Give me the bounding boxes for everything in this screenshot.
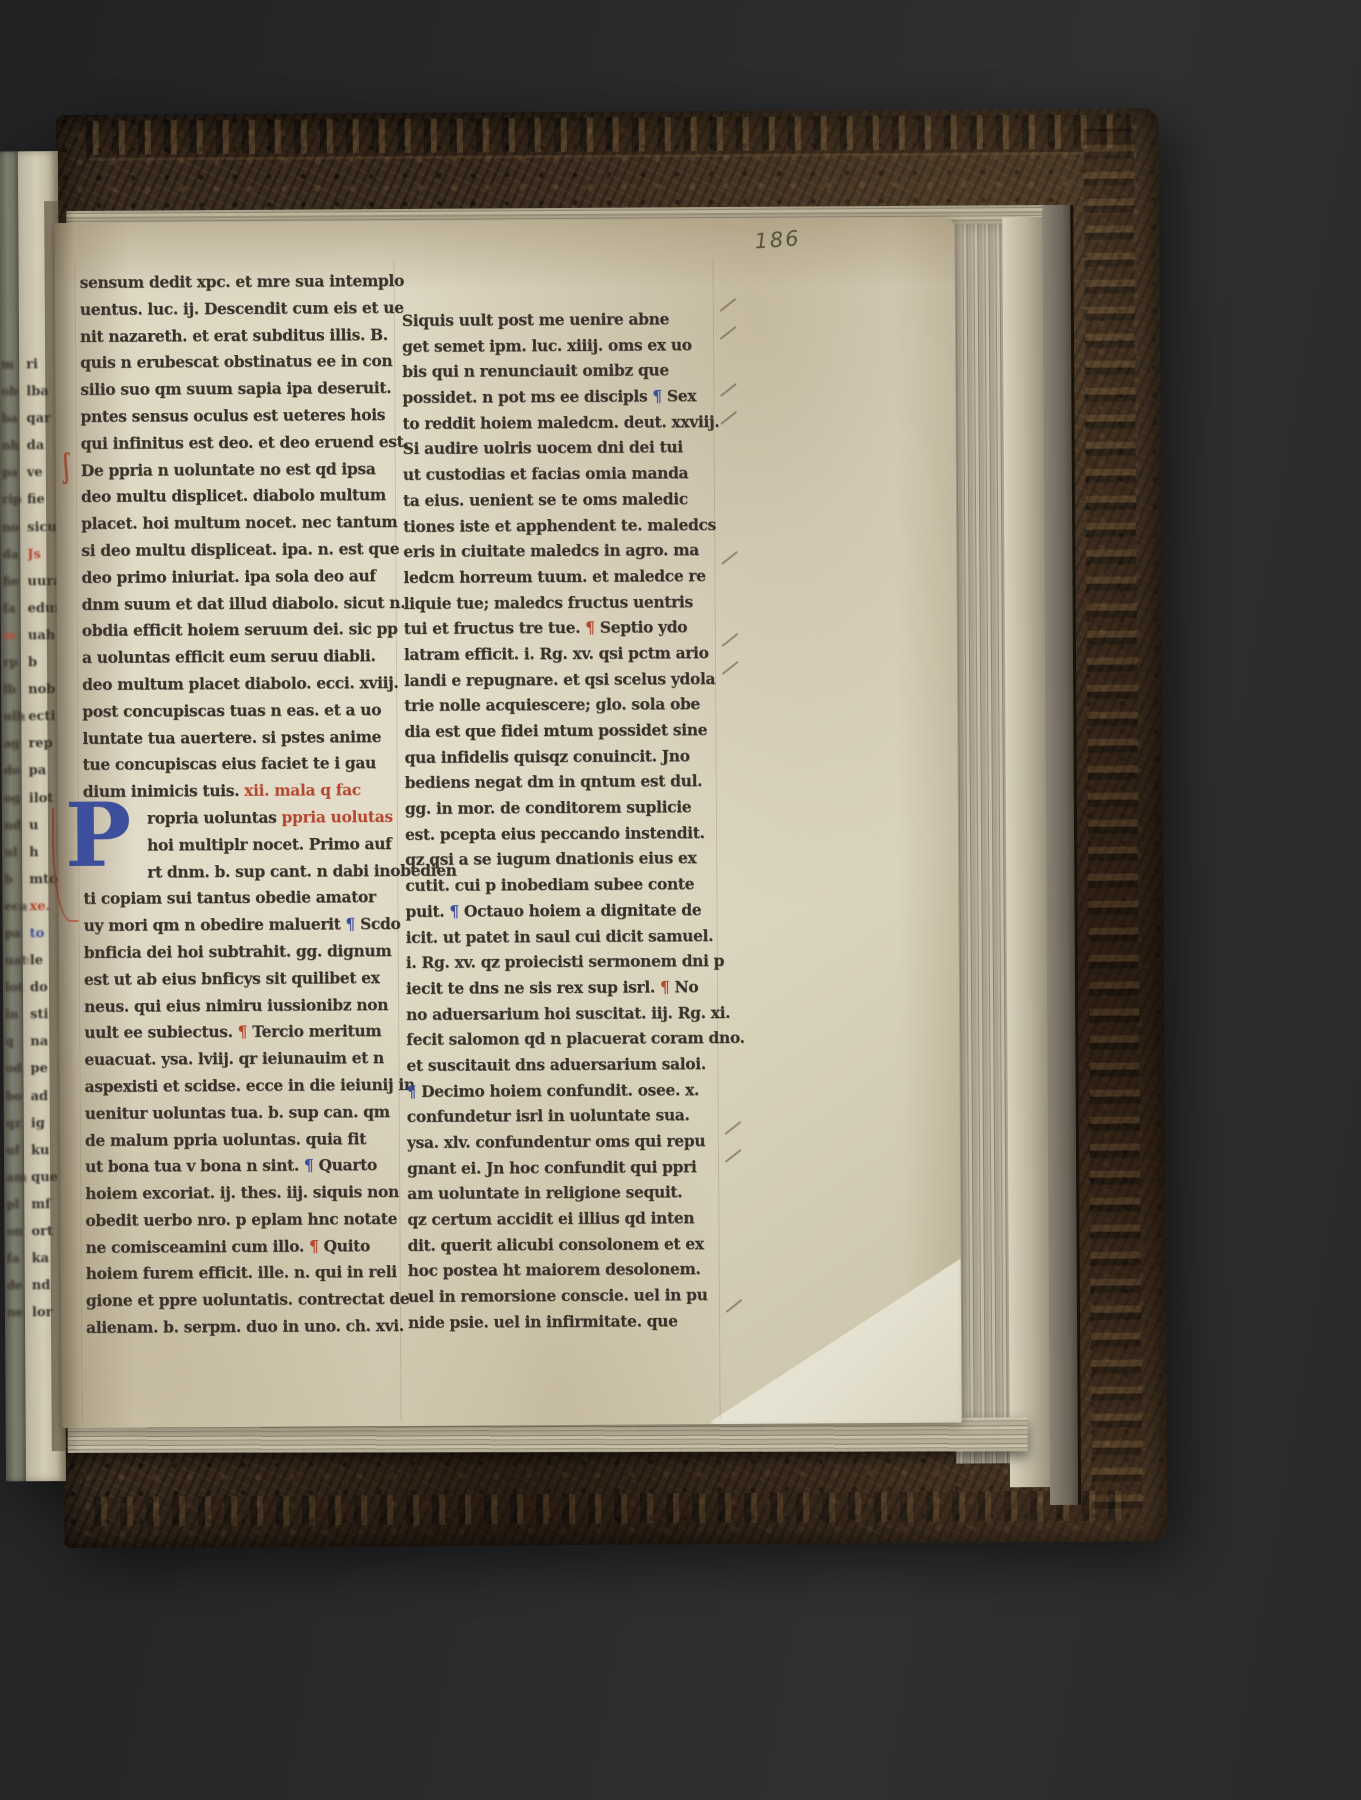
text-segment: hoiem excoriat. ij. thes. iij. siquis no… <box>85 1182 399 1203</box>
manuscript-line: tue concupiscas eius faciet te i gau <box>83 750 405 779</box>
manuscript-line: nide psie. uel in infirmitate. que <box>408 1308 720 1336</box>
manuscript-line: nit nazareth. et erat subditus illis. B. <box>80 322 402 351</box>
manuscript-line: confundetur isrl in uoluntate sua. <box>407 1102 719 1130</box>
leaf-edge-fragment: pe <box>30 1055 62 1082</box>
leaf-edge-fragment: uatu <box>5 947 29 974</box>
leaf-edge-fragment: uura <box>27 568 59 595</box>
manuscript-line: landi e repugnare. et qsi scelus ydola <box>404 666 716 694</box>
manuscript-line: uentus. luc. ij. Descendit cum eis et ue <box>80 295 402 324</box>
text-segment: sensum dedit xpc. et mre sua intemplo <box>80 271 404 292</box>
text-segment: tiones iste et apphendent te. maledcs <box>403 515 716 536</box>
manuscript-line: puit. ¶ Octauo hoiem a dignitate de <box>405 897 717 925</box>
manuscript-line: a uoluntas efficit eum seruu diabli. <box>82 643 404 672</box>
rubric-text: ¶ <box>238 1022 248 1041</box>
text-segment: qz qsi a se iugum dnationis eius ex <box>405 849 696 870</box>
paraph-mark: ¶ <box>652 386 662 405</box>
red-flourish: ʃ <box>64 439 69 495</box>
text-segment: luntate tua auertere. si pstes anime <box>82 727 381 748</box>
manuscript-line: placet. hoi multum nocet. nec tantum <box>81 509 403 538</box>
manuscript-line: hoi multiplr nocet. Primo auf <box>83 831 405 860</box>
text-segment: Quarto <box>313 1155 377 1174</box>
text-segment: aspexisti et scidse. ecce in die ieiunij… <box>85 1075 415 1096</box>
leaf-edge-fragment: sicut <box>27 514 59 541</box>
text-segment: Scdo <box>355 914 401 933</box>
leaf-edge-fragment: uf <box>6 1137 30 1164</box>
text-segment: obdia efficit hoiem seruum dei. sic pp <box>82 619 398 640</box>
text-segment: hoc postea ht maiorem desolonem. <box>408 1260 701 1281</box>
leaf-edge-fragment: da <box>2 541 26 568</box>
text-segment: quis n erubescat obstinatus ee in con <box>80 351 392 372</box>
leaf-edge-fragment: og <box>4 785 28 812</box>
text-segment: ropria uoluntas <box>147 808 282 828</box>
manuscript-line: et suscitauit dns aduersarium saloi. <box>406 1051 718 1079</box>
text-segment: gg. in mor. de conditorem suplicie <box>405 797 692 818</box>
text-segment: landi e repugnare. et qsi scelus ydola <box>404 669 715 690</box>
manuscript-line: ne comisceamini cum illo. ¶ Quito <box>85 1233 407 1262</box>
text-segment: uel in remorsione conscie. uel in pu <box>408 1285 708 1306</box>
manuscript-line: am uoluntate in religione sequit. <box>407 1179 719 1207</box>
manuscript-line: eris in ciuitate maledcs in agro. ma <box>403 537 715 565</box>
leaf-edge-fragment: pa <box>2 460 26 487</box>
manuscript-line: uel in remorsione conscie. uel in pu <box>408 1282 720 1310</box>
text-segment: hoi multiplr nocet. Primo auf <box>147 834 391 854</box>
text-segment: uenitur uoluntas tua. b. sup can. qm <box>85 1102 390 1123</box>
text-segment: deo primo iniuriat. ipa sola deo auf <box>81 566 375 587</box>
manuscript-line: possidet. n pot ms ee discipls ¶ Sex <box>402 383 714 411</box>
manuscript-line: qui infinitus est deo. et deo eruend est… <box>81 429 403 458</box>
line-filler-slash <box>720 383 737 397</box>
text-segment: possidet. n pot ms ee discipls <box>402 386 652 407</box>
text-segment: am uoluntate in religione sequit. <box>407 1183 682 1204</box>
manuscript-line: qz certum accidit ei illius qd inten <box>407 1205 719 1233</box>
embossed-border-top <box>86 115 1131 155</box>
text-segment: uentus. luc. ij. Descendit cum eis et ue <box>80 298 404 319</box>
leaf-edge-fragment: b <box>28 649 60 676</box>
folio-number: 186 <box>754 224 836 254</box>
text-segment: gnant ei. Jn hoc confundit qui ppri <box>407 1157 696 1178</box>
text-segment: liquie tue; maledcs fructus uentris <box>404 592 693 613</box>
manuscript-line: Si audire uolris uocem dni dei tui <box>403 434 715 462</box>
text-segment: Octauo hoiem a dignitate de <box>459 900 702 920</box>
leaf-edge-fragment: bo <box>6 1083 30 1110</box>
manuscript-line: ut bona tua v bona n sint. ¶ Quarto <box>85 1152 407 1181</box>
manuscript-line: de malum ppria uoluntas. quia fit <box>85 1125 407 1154</box>
leaf-edge-fragment: mf <box>31 1191 63 1218</box>
manuscript-line: liquie tue; maledcs fructus uentris <box>404 589 716 617</box>
text-segment: deo multum placet diabolo. ecci. xviij. <box>82 673 398 694</box>
text-segment: i. Rg. xv. qz proiecisti sermonem dni p <box>406 951 724 972</box>
text-segment: dia est que fidei mtum possidet sine <box>404 720 707 741</box>
leaf-edge-fragment: de <box>7 1272 31 1299</box>
rubric-text: ¶ <box>309 1236 319 1255</box>
leaf-edge-fragment: do <box>30 974 62 1001</box>
manuscript-line: bediens negat dm in qntum est dul. <box>405 768 717 796</box>
text-segment: placet. hoi multum nocet. nec tantum <box>81 512 397 533</box>
leaf-edge-fragment: lb <box>3 676 27 703</box>
manuscript-line: hoc postea ht maiorem desolonem. <box>408 1256 720 1284</box>
manuscript-line: ysa. xlv. confundentur oms qui repu <box>407 1128 719 1156</box>
line-filler-slash <box>721 551 738 565</box>
manuscript-line: uult ee subiectus. ¶ Tercio meritum <box>84 1018 406 1047</box>
manuscript-line: cutit. cui p inobediam subee conte <box>405 871 717 899</box>
leaf-edge-fragment: nh <box>2 433 26 460</box>
text-segment: De ppria n uoluntate no est qd ipsa <box>81 459 376 480</box>
text-segment: qz certum accidit ei illius qd inten <box>407 1208 694 1229</box>
leaf-edge-fragment: fa <box>3 595 27 622</box>
manuscript-line: ti copiam sui tantus obedie amator <box>83 884 405 913</box>
leaf-edge-fragment: ve <box>27 459 59 486</box>
manuscript-line: ledcm horreum tuum. et maledce re <box>403 563 715 591</box>
manuscript-line: quis n erubescat obstinatus ee in con <box>80 348 402 377</box>
leaf-edge-fragment: ecti <box>28 703 60 730</box>
text-segment: ne comisceamini cum illo. <box>86 1236 310 1256</box>
manuscript-line: i. Rg. xv. qz proiecisti sermonem dni p <box>406 948 718 976</box>
text-segment: bnficia dei hoi subtrahit. gg. dignum <box>84 941 392 962</box>
text-segment: bediens negat dm in qntum est dul. <box>405 772 703 793</box>
text-segment: neus. qui eius nimiru iussionibz non <box>84 995 388 1016</box>
manuscript-line: luntate tua auertere. si pstes anime <box>82 724 404 753</box>
manuscript-line: silio suo qm suum sapia ipa deseruit. <box>80 375 402 404</box>
text-segment: bis qui n renunciauit omibz que <box>402 361 669 382</box>
leaf-edge-fragment: ri <box>26 351 58 378</box>
leaf-edge-fragment: m <box>1 351 25 378</box>
leaf-edge-fragment: ort <box>31 1218 63 1245</box>
leaf-edge-fragment: ul <box>4 839 28 866</box>
manuscript-line: bnficia dei hoi subtrahit. gg. dignum <box>84 938 406 967</box>
text-segment: alienam. b. serpm. duo in uno. ch. xvi. <box>86 1316 404 1337</box>
leaf-edge-fragment: ku <box>31 1137 63 1164</box>
manuscript-book: mobbanhparipnodafiefaserplbulhagdoogndul… <box>0 104 1167 1548</box>
leaf-edge-fragment: qz <box>6 1110 30 1137</box>
leaf-edge-fragment: am <box>6 1164 30 1191</box>
manuscript-line: ta eius. uenient se te oms maledic <box>403 486 715 514</box>
manuscript-line: dium inimicis tuis. xii. mala q fac <box>83 777 405 806</box>
leaf-edge-fragment: na <box>30 1028 62 1055</box>
manuscript-line: uenitur uoluntas tua. b. sup can. qm <box>85 1099 407 1128</box>
manuscript-line: hoiem furem efficit. ille. n. qui in rel… <box>86 1259 408 1288</box>
text-segment: uult ee subiectus. <box>84 1022 238 1042</box>
manuscript-line: deo primo iniuriat. ipa sola deo auf <box>81 563 403 592</box>
leaf-edge-fragment: que <box>31 1164 63 1191</box>
manuscript-line: post concupiscas tuas n eas. et a uo <box>82 697 404 726</box>
rubric-text: xii. mala q fac <box>244 780 361 800</box>
text-segment: a uoluntas efficit eum seruu diabli. <box>82 646 376 667</box>
text-segment: latram efficit. i. Rg. xv. qsi pctm ario <box>404 643 709 664</box>
text-segment: trie nolle acquiescere; glo. sola obe <box>404 694 700 715</box>
leaf-edge-fragment: rep <box>28 730 60 757</box>
text-segment: icit. ut patet in saul cui dicit samuel. <box>406 926 714 947</box>
text-segment: deo multu displicet. diabolo multum <box>81 485 386 506</box>
text-column-right: Siquis uult post me uenire abneget semet… <box>402 306 720 1335</box>
text-segment: qui infinitus est deo. et deo eruend est… <box>81 432 409 453</box>
manuscript-line: trie nolle acquiescere; glo. sola obe <box>404 691 716 719</box>
text-segment: est ut ab eius bnficys sit quilibet ex <box>84 968 380 989</box>
manuscript-line: alienam. b. serpm. duo in uno. ch. xvi. <box>86 1313 408 1342</box>
manuscript-line: icit. ut patet in saul cui dicit samuel. <box>406 923 718 951</box>
leaf-edge-fragment: fie <box>2 568 26 595</box>
leaf-edge-fragment: fa <box>7 1245 31 1272</box>
manuscript-line: est. pcepta eius peccando instendit. <box>405 820 717 848</box>
leaf-edge-fragment: lor <box>32 1299 64 1326</box>
leaf-edge-fragment: ulh <box>3 703 27 730</box>
leaf-edge-fragment: ka <box>32 1245 64 1272</box>
leaf-edge-fragment: nd <box>4 812 28 839</box>
manuscript-line: deo multu displicet. diabolo multum <box>81 482 403 511</box>
text-segment: get semet ipm. luc. xiiij. oms ex uo <box>402 335 692 356</box>
manuscript-line: sensum dedit xpc. et mre sua intemplo <box>80 268 402 297</box>
leaf-edge-fragment: do <box>4 758 28 785</box>
leaf-edge-fragment: q <box>5 1029 29 1056</box>
leaf-edge-fragment: rp <box>3 649 27 676</box>
manuscript-line: to reddit hoiem maledcm. deut. xxviij. <box>402 409 714 437</box>
text-segment: to reddit hoiem maledcm. deut. xxviij. <box>402 412 719 433</box>
manuscript-line: obdia efficit hoiem seruum dei. sic pp <box>82 616 404 645</box>
manuscript-line: aspexisti et scidse. ecce in die ieiunij… <box>85 1072 407 1101</box>
leaf-edge-fragment: lot <box>5 974 29 1001</box>
manuscript-line: latram efficit. i. Rg. xv. qsi pctm ario <box>404 640 716 668</box>
manuscript-line: qua infidelis quisqz conuincit. Jno <box>404 743 716 771</box>
text-segment: gione et ppre uoluntatis. contrectat de <box>86 1289 410 1310</box>
leaf-edge-fragment: no <box>2 514 26 541</box>
text-segment: Quito <box>318 1236 370 1255</box>
line-filler-slash <box>722 633 739 647</box>
text-segment: euacuat. ysa. lviij. qr ieiunauim et n <box>84 1048 384 1069</box>
manuscript-line: iecit te dns ne sis rex sup isrl. ¶ No <box>406 974 718 1002</box>
text-segment: Siquis uult post me uenire abne <box>402 309 669 330</box>
leaf-edge-fragment: Js <box>27 541 59 568</box>
leaf-edge-fragment: qar <box>26 405 58 432</box>
text-segment: Decimo hoiem confundit. osee. x. <box>416 1080 699 1101</box>
manuscript-page: 186 sensum dedit xpc. et mre sua intempl… <box>54 218 961 1428</box>
line-filler-slash <box>719 298 736 312</box>
line-filler-slash <box>722 661 739 675</box>
manuscript-line: gg. in mor. de conditorem suplicie <box>405 794 717 822</box>
text-segment: dit. querit alicubi consolonem et ex <box>407 1234 703 1255</box>
manuscript-line: ut custodias et facias omia manda <box>403 460 715 488</box>
embossed-border-bottom <box>94 1491 1124 1527</box>
text-segment: hoiem furem efficit. ille. n. qui in rel… <box>86 1262 397 1283</box>
manuscript-line: hoiem excoriat. ij. thes. iij. siquis no… <box>85 1179 407 1208</box>
paraph-mark: ¶ <box>407 1082 417 1101</box>
text-segment: ta eius. uenient se te oms maledic <box>403 489 688 510</box>
leaf-edge-fragment: se <box>3 622 27 649</box>
text-segment: silio suo qm suum sapia ipa deseruit. <box>80 378 391 399</box>
line-filler-slash <box>720 326 737 340</box>
leaf-edge-fragment: ad <box>31 1083 63 1110</box>
manuscript-line: rt dnm. b. sup cant. n dabi inobedien <box>83 857 405 886</box>
leaf-edge-fragment: fie <box>27 487 59 514</box>
text-segment: tui et fructus tre tue. <box>404 618 586 638</box>
rubric-text: ppria uolutas <box>281 807 392 827</box>
text-segment: ysa. xlv. confundentur oms qui repu <box>407 1131 705 1152</box>
manuscript-line: no aduersarium hoi suscitat. iij. Rg. xi… <box>406 1000 718 1028</box>
text-segment: pntes sensus oculus est ueteres hois <box>80 405 385 426</box>
leaf-edge-fragment: ba <box>1 405 25 432</box>
leaf-edge-fragment: ne <box>7 1300 31 1327</box>
leaf-edge-fragment: pl <box>6 1191 30 1218</box>
manuscript-line: dit. querit alicubi consolonem et ex <box>407 1231 719 1259</box>
text-column-left: sensum dedit xpc. et mre sua intemplouen… <box>80 268 409 1342</box>
manuscript-line: euacuat. ysa. lviij. qr ieiunauim et n <box>84 1045 406 1074</box>
text-segment: obedit uerbo nro. p eplam hnc notate <box>85 1209 397 1230</box>
manuscript-line: pntes sensus oculus est ueteres hois <box>80 402 402 431</box>
text-segment: nide psie. uel in infirmitate. que <box>408 1311 678 1332</box>
line-filler-slash <box>725 1121 742 1135</box>
leaf-edge-fragment: uah <box>28 622 60 649</box>
embossed-border-right <box>1084 128 1142 1508</box>
leaf-edge-fragment: lba <box>26 378 58 405</box>
manuscript-line: uy mori qm n obedire maluerit ¶ Scdo <box>84 911 406 940</box>
line-filler-slash <box>726 1299 743 1313</box>
manuscript-line: neus. qui eius nimiru iussionibz non <box>84 991 406 1020</box>
text-segment: No <box>669 977 698 996</box>
leaf-edge-fragment: ag <box>3 731 27 758</box>
manuscript-line: gnant ei. Jn hoc confundit qui ppri <box>407 1154 719 1182</box>
text-segment: cutit. cui p inobediam subee conte <box>405 874 694 895</box>
text-segment: tue concupiscas eius faciet te i gau <box>83 753 376 774</box>
manuscript-line: Propria uoluntas ppria uolutas <box>83 804 405 833</box>
text-segment: et suscitauit dns aduersarium saloi. <box>406 1054 705 1075</box>
text-segment: ti copiam sui tantus obedie amator <box>83 887 375 908</box>
manuscript-line: tui et fructus tre tue. ¶ Septio ydo <box>404 614 716 642</box>
text-segment: puit. <box>405 901 449 920</box>
text-segment: uy mori qm n obedire maluerit <box>84 914 346 935</box>
leaf-edge-fragment: b <box>4 866 28 893</box>
text-segment: iecit te dns ne sis rex sup isrl. <box>406 977 660 998</box>
margin-line-fillers <box>709 219 750 1419</box>
text-segment: no aduersarium hoi suscitat. iij. Rg. xi… <box>406 1003 730 1024</box>
leaf-edge-fragment: pa <box>29 757 61 784</box>
text-segment: est. pcepta eius peccando instendit. <box>405 823 705 844</box>
text-segment: eris in ciuitate maledcs in agro. ma <box>403 540 699 561</box>
leaf-edge-fragment: nd <box>32 1272 64 1299</box>
leaf-edge-fragment: on <box>6 1218 30 1245</box>
leaf-edge-fragment: nob <box>28 676 60 703</box>
leaf-edge-fragment: pa <box>5 920 29 947</box>
text-segment: de malum ppria uoluntas. quia fit <box>85 1129 366 1150</box>
leaf-edge-fragment: od <box>5 1056 29 1083</box>
line-filler-slash <box>725 1149 742 1163</box>
leaf-edge-fragment: edur <box>28 595 60 622</box>
manuscript-line: dia est que fidei mtum possidet sine <box>404 717 716 745</box>
leaf-edge-fragment: ig <box>31 1110 63 1137</box>
leaf-edge-fragment: rip <box>2 487 26 514</box>
manuscript-line: est ut ab eius bnficys sit quilibet ex <box>84 965 406 994</box>
text-segment: post concupiscas tuas n eas. et a uo <box>82 700 381 721</box>
manuscript-line: dnm suum et dat illud diabolo. sicut n. <box>82 590 404 619</box>
line-filler-slash <box>720 411 737 425</box>
text-segment: dnm suum et dat illud diabolo. sicut n. <box>82 593 406 614</box>
manuscript-line: ¶ Decimo hoiem confundit. osee. x. <box>407 1077 719 1105</box>
leaf-edge-fragment: da <box>27 432 59 459</box>
leaf-edge-fragment: sti <box>30 1001 62 1028</box>
text-segment: Tercio meritum <box>247 1021 381 1041</box>
text-segment: ut custodias et facias omia manda <box>403 463 689 484</box>
manuscript-line: Siquis uult post me uenire abne <box>402 306 714 334</box>
leaf-edge-fragment: le <box>30 947 62 974</box>
manuscript-line: get semet ipm. luc. xiiij. oms ex uo <box>402 332 714 360</box>
manuscript-line: ʃDe ppria n uoluntate no est qd ipsa <box>81 456 403 485</box>
text-segment: si deo multu displiceat. ipa. n. est que <box>81 539 399 560</box>
rubric-text: ¶ <box>585 618 595 637</box>
manuscript-line: si deo multu displiceat. ipa. n. est que <box>81 536 403 565</box>
manuscript-line: obedit uerbo nro. p eplam hnc notate <box>85 1206 407 1235</box>
leaf-edge-fragment: in <box>5 1002 29 1029</box>
leaf-edge-fragment: ob <box>1 378 25 405</box>
text-segment: ut bona tua v bona n sint. <box>85 1156 304 1176</box>
text-segment: Si audire uolris uocem dni dei tui <box>403 438 683 459</box>
leaf-edge-fragment: to <box>30 920 62 947</box>
manuscript-line: bis qui n renunciauit omibz que <box>402 357 714 385</box>
illuminated-initial: P <box>65 798 131 873</box>
rubric-text: ¶ <box>660 977 670 996</box>
text-segment: Septio ydo <box>595 617 688 637</box>
text-segment: qua infidelis quisqz conuincit. Jno <box>405 746 690 767</box>
text-segment: ledcm horreum tuum. et maledce re <box>403 566 705 587</box>
text-segment: fecit salomon qd n placuerat coram dno. <box>406 1028 744 1049</box>
leaf-edge-fragment: eca <box>4 893 28 920</box>
manuscript-line: fecit salomon qd n placuerat coram dno. <box>406 1025 718 1053</box>
manuscript-line: qz qsi a se iugum dnationis eius ex <box>405 845 717 873</box>
manuscript-line: gione et ppre uoluntatis. contrectat de <box>86 1286 408 1315</box>
text-segment: confundetur isrl in uoluntate sua. <box>407 1106 690 1127</box>
text-segment: nit nazareth. et erat subditus illis. B. <box>80 325 388 346</box>
manuscript-line: tiones iste et apphendent te. maledcs <box>403 512 715 540</box>
manuscript-line: deo multum placet diabolo. ecci. xviij. <box>82 670 404 699</box>
text-segment: Sex <box>662 386 696 405</box>
